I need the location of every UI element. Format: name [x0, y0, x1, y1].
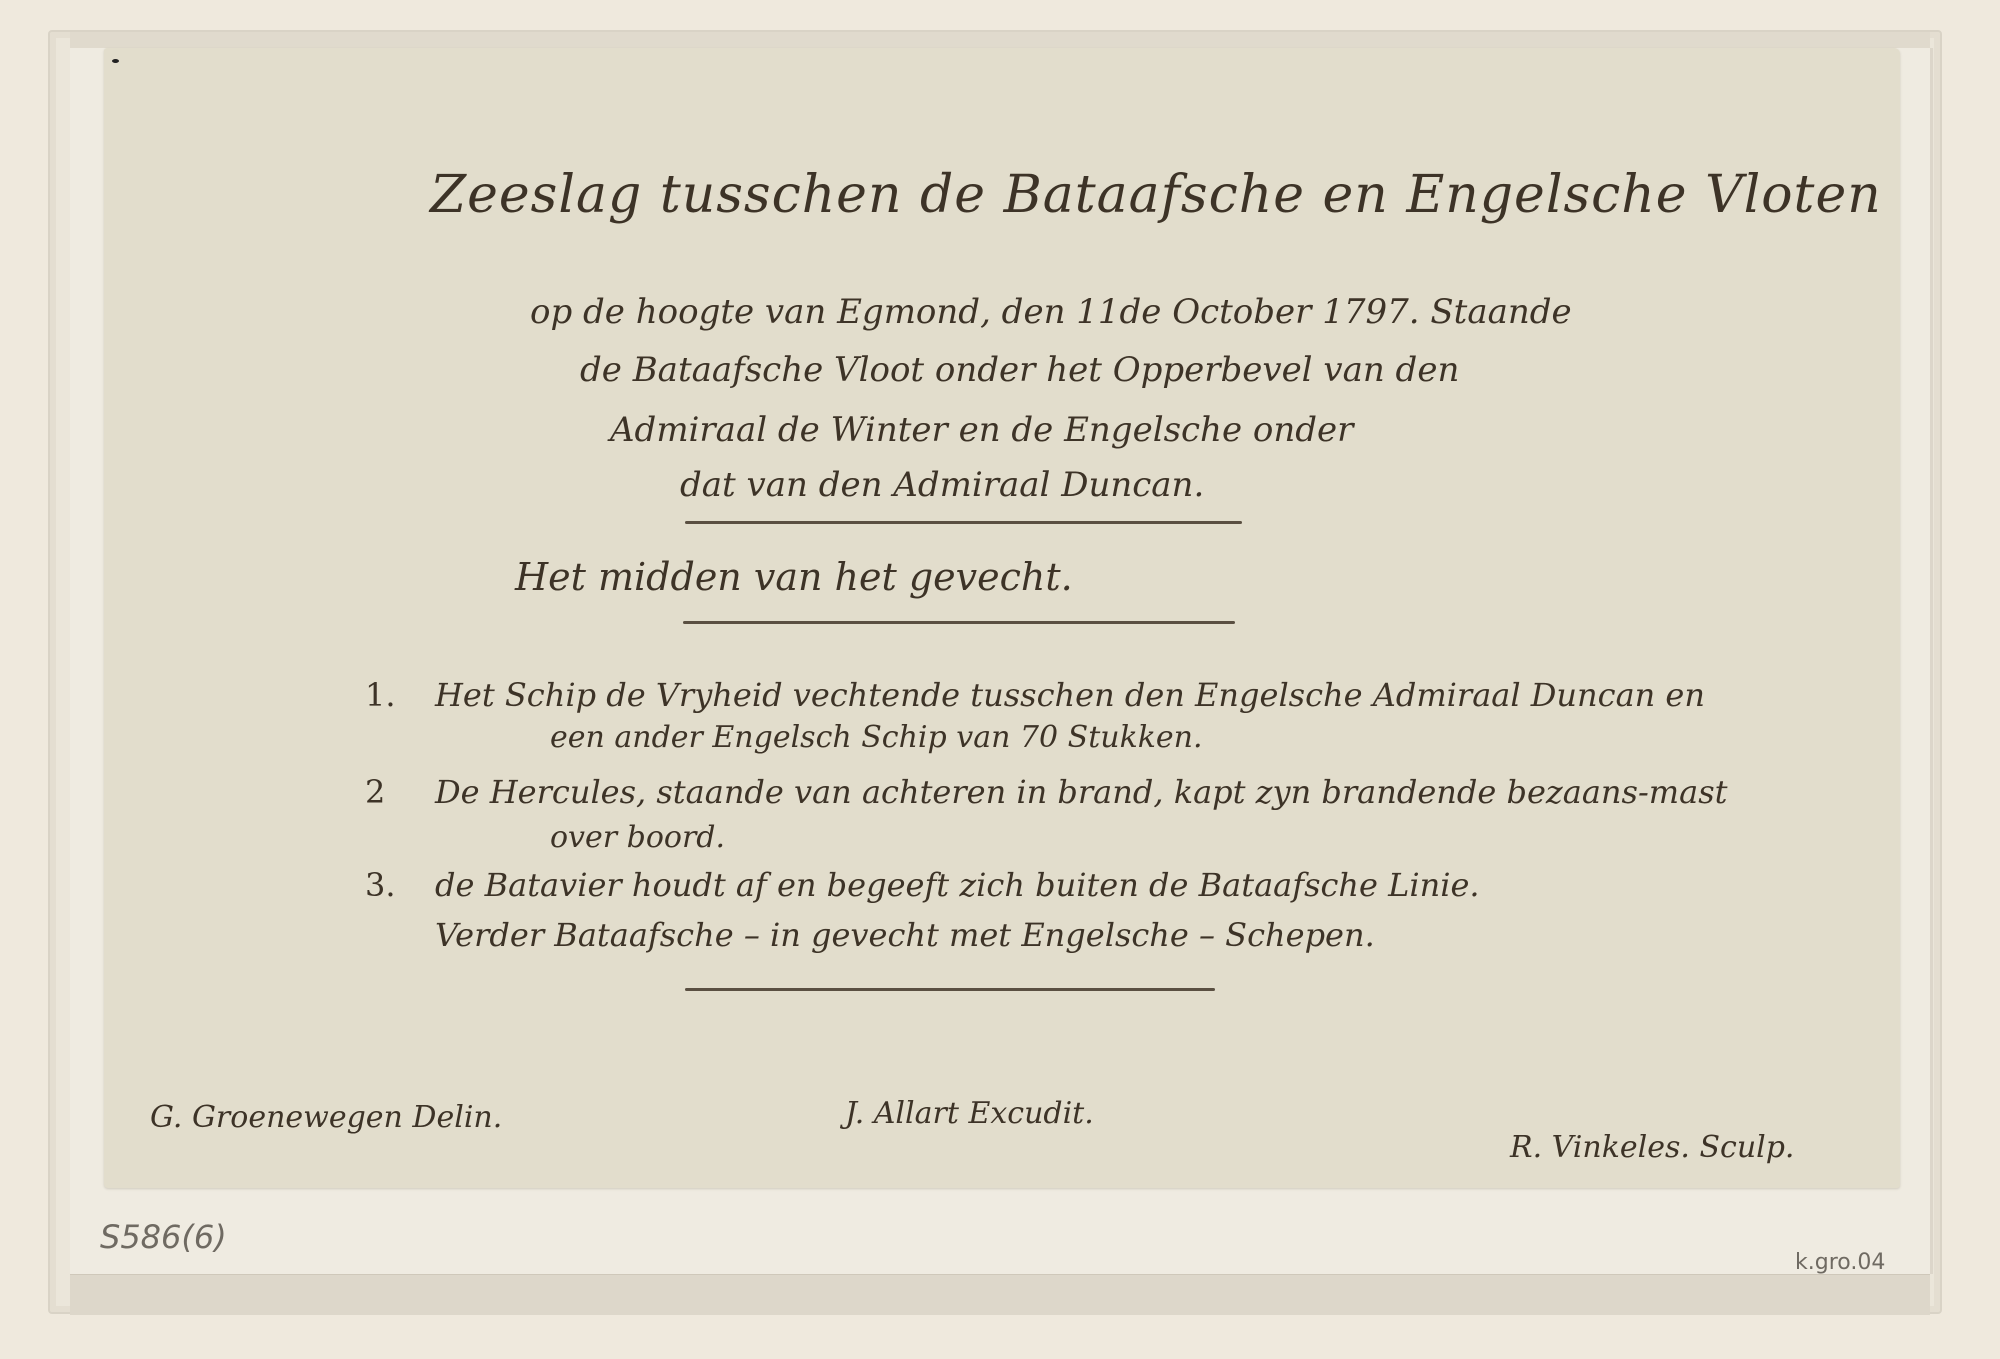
legend-item-number: 3.	[365, 866, 435, 904]
frame-bottom-strip	[70, 1274, 1930, 1315]
credit-publisher: J. Allart Excudit.	[845, 1096, 1094, 1131]
legend-item-2: 2De Hercules, staande van achteren in br…	[365, 773, 1727, 811]
legend-item-2-continuation: over boord.	[550, 820, 725, 855]
legend-item-1-continuation: een ander Engelsch Schip van 70 Stukken.	[550, 720, 1203, 755]
legend-item-text: De Hercules, staande van achteren in bra…	[435, 773, 1727, 811]
legend-item-number: 2	[365, 773, 435, 811]
legend-item-text: Het Schip de Vryheid vechtende tusschen …	[435, 676, 1705, 714]
divider-rule-middle	[683, 621, 1235, 624]
title-line-3: de Bataafsche Vloot onder het Opperbevel…	[580, 350, 1459, 390]
credit-delineator: G. Groenewegen Delin.	[150, 1100, 502, 1135]
pin-mark-icon	[112, 59, 119, 63]
legend-item-text: de Batavier houdt af en begeeft zich bui…	[435, 866, 1480, 904]
legend-item-3-continuation: Verder Bataafsche – in gevecht met Engel…	[435, 916, 1375, 954]
title-line-5: dat van den Admiraal Duncan.	[680, 465, 1204, 505]
title-line-2: op de hoogte van Egmond, den 11de Octobe…	[530, 292, 1572, 332]
scan-stage: Zeeslag tusschen de Bataafsche en Engels…	[0, 0, 2000, 1359]
title-line-1: Zeeslag tusschen de Bataafsche en Engels…	[430, 165, 1882, 225]
legend-item-number: 1.	[365, 676, 435, 714]
legend-item-3: 3.de Batavier houdt af en begeeft zich b…	[365, 866, 1480, 904]
credit-engraver: R. Vinkeles. Sculp.	[1510, 1130, 1794, 1165]
divider-rule-top	[685, 521, 1242, 524]
subtitle: Het midden van het gevecht.	[515, 555, 1073, 599]
inventory-number-left: S586(6)	[100, 1218, 227, 1256]
inventory-number-right: k.gro.04	[1795, 1250, 1885, 1275]
legend-item-1: 1.Het Schip de Vryheid vechtende tussche…	[365, 676, 1705, 714]
divider-rule-bottom	[685, 988, 1215, 991]
title-line-4: Admiraal de Winter en de Engelsche onder	[610, 410, 1353, 450]
